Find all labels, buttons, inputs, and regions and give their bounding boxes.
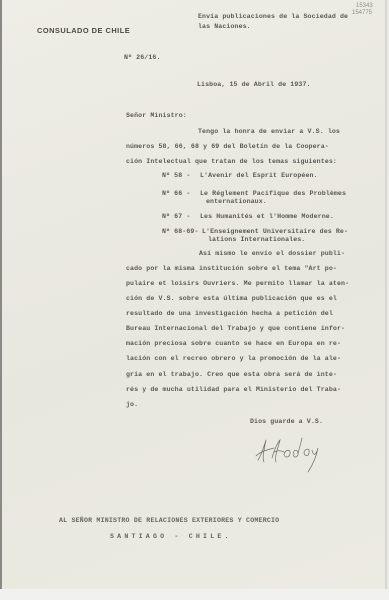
letterhead: CONSULADO DE CHILE	[37, 26, 130, 35]
scan-bottom-margin	[0, 589, 389, 600]
paragraph2-line: gría en el trabajo. Creo que esta obra s…	[126, 371, 337, 378]
paragraph2-line: ción de V.S. sobre esta última publicaci…	[126, 295, 337, 302]
paragraph2-line: mación preciosa sobre cuanto se hace en …	[126, 340, 341, 347]
subject-line-1: Envía publicaciones de la Sociedad de	[198, 13, 348, 20]
paragraph1-line: Tengo la honra de enviar a V.S. los	[198, 128, 340, 135]
paragraph2-line: Así mismo le envío el dossier publi-	[199, 250, 345, 257]
signature	[254, 432, 324, 474]
item-number: Nº 67 -	[162, 213, 190, 220]
paragraph2-line: rés y de mucha utilidad para el Minister…	[126, 386, 341, 393]
paragraph1-line: números 58, 66, 68 y 69 del Boletín de l…	[126, 143, 329, 150]
addressee: AL SEÑOR MINISTRO DE RELACIONES EXTERIOR…	[59, 517, 279, 524]
item-title: L'Avenir del Esprit Européen.	[200, 172, 318, 179]
archive-mark-1: 15343	[356, 3, 373, 9]
item-number: Nº 66 -	[162, 190, 190, 197]
letter-page: 15343 154775 CONSULADO DE CHILE Envía pu…	[2, 0, 387, 589]
paragraph1-line: ción Intelectual que tratan de los temas…	[126, 158, 337, 165]
place-date: Lisboa, 15 de Abril de 1937.	[197, 81, 311, 88]
paragraph2-line: jo.	[126, 401, 138, 408]
archive-mark-2: 154775	[352, 10, 372, 16]
paragraph2-line: pulaire et loisirs Ouvriers. Me permito …	[126, 280, 349, 287]
closing: Dios guarde a V.S.	[250, 418, 323, 425]
salutation: Señor Ministro:	[126, 112, 187, 119]
item-title: Le Réglement Pacifique des Problèmes	[200, 190, 346, 197]
destination: SANTIAGO - CHILE.	[110, 533, 232, 540]
paragraph2-line: cado por la misma institución sobre el t…	[126, 265, 337, 272]
paragraph2-line: resultado de una investigación hecha a p…	[126, 310, 333, 317]
item-number: Nº 58 -	[162, 172, 190, 179]
item-number: Nº 68-69-	[162, 228, 199, 235]
item-title: Les Humanités et l'Homme Moderne.	[200, 213, 334, 220]
item-title-cont: lations Internationales.	[208, 236, 305, 243]
item-title: L'Enseignement Universitaire des Re-	[202, 228, 348, 235]
paragraph2-line: lación con el recreo obrero y la promoci…	[126, 355, 341, 362]
reference-number: Nº 26/16.	[124, 54, 161, 61]
item-title-cont: enternationaux.	[206, 198, 267, 205]
paragraph2-line: Bureau Internacional del Trabajo y que c…	[126, 325, 345, 332]
subject-line-2: las Naciones.	[198, 23, 251, 30]
